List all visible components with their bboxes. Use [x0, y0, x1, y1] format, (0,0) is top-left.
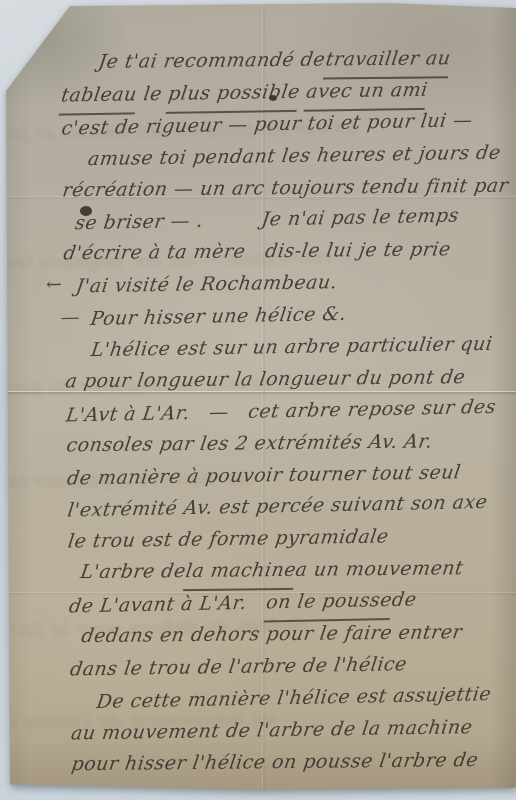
- line-text: dedans en dehors pour le faire entrer: [79, 617, 464, 653]
- paper-shadow-wrap: amuse toi pendant les heures et jours de…: [0, 0, 516, 800]
- handwritten-line: Je t'ai recommandé de travailler au: [98, 43, 506, 79]
- line-text: J'ai visité le Rochambeau.: [74, 267, 340, 303]
- line-text: pour hisser l'hélice on pousse l'arbre d…: [69, 745, 480, 781]
- line-text-underlined: tableau: [59, 79, 139, 115]
- photograph-of-letter: { "page": { "background_color": "#c6cfd6…: [0, 0, 516, 800]
- handwritten-line: au mouvement de l'arbre de la machine: [71, 711, 516, 750]
- line-text-underlined: la machine: [183, 555, 298, 591]
- line-text: L'arbre de: [78, 556, 188, 589]
- line-text: L'hélice est sur un arbre particulier qu…: [89, 329, 495, 367]
- margin-mark: ←: [46, 270, 63, 302]
- line-text: Je t'ai recommandé de: [96, 44, 327, 78]
- line-text: Pour hisser une hélice &.: [88, 299, 348, 336]
- handwritten-line: L'hélice est sur un arbre particulier qu…: [91, 329, 511, 367]
- line-text: le: [134, 79, 170, 111]
- line-text: a un mouvement: [294, 553, 466, 587]
- line-text: d'écrire à ta mère dis-le lui je te prie: [61, 235, 453, 271]
- handwritten-line: pour hisser l'hélice on pousse l'arbre d…: [71, 744, 516, 781]
- line-text: le trou est de forme pyramidale: [66, 522, 391, 559]
- line-text: de: [390, 585, 419, 617]
- line-text: consoles par les 2 extrémités Av. Ar.: [64, 426, 435, 462]
- line-text: amuse toi pendant les heures et jours de: [86, 137, 503, 175]
- line-text: de L'avant à L'Ar.: [67, 588, 268, 624]
- letter-page: amuse toi pendant les heures et jours de…: [6, 3, 516, 790]
- handwritten-line: amuse toi pendant les heures et jours de: [88, 137, 508, 175]
- margin-mark: —: [60, 302, 80, 334]
- line-text: au mouvement de l'arbre de la machine: [69, 712, 475, 750]
- line-text-underlined: on le pousse: [264, 585, 394, 623]
- handwriting-layer: Je t'ai recommandé de travailler au tabl…: [60, 42, 516, 782]
